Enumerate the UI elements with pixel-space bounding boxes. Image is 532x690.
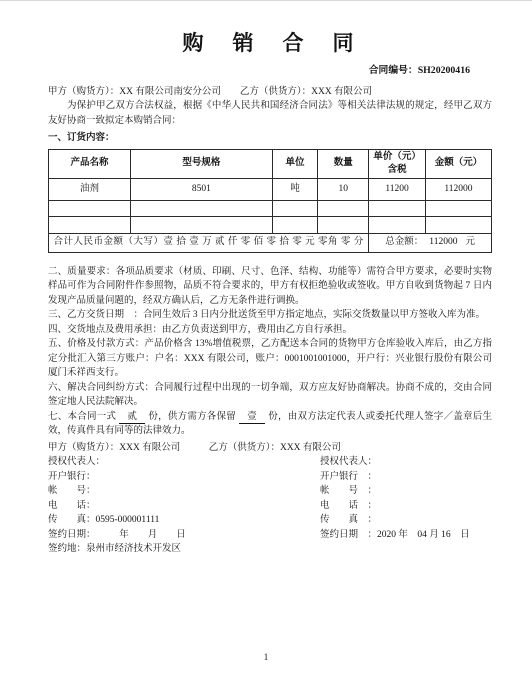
seller-phone-label: 电 话 ： xyxy=(320,501,377,511)
cell-product xyxy=(49,216,131,233)
document-title: 购 销 合 同 xyxy=(48,29,492,57)
order-section-heading: 一、订货内容： xyxy=(48,131,492,146)
cell-qty: 10 xyxy=(318,178,369,200)
signature-parties-line: 甲方（购货方）：XXX 有限公司 乙方（供货方）：XXX 有限公司 xyxy=(48,441,492,456)
cell-amount xyxy=(425,216,491,233)
seller-bank-row: 开户银行 ： xyxy=(320,470,492,485)
seller-signature-column: 授权代表人： 开户银行 ： 帐 号 ： 电 话 ： 传 真 ： 签约日期 ：20… xyxy=(320,455,492,557)
copies-count-blank: 贰 xyxy=(119,412,145,424)
cell-unit-price xyxy=(369,200,426,216)
clause-delivery-date: 三、乙方交货日期 ：合同生效后 3 日内分批送货至甲方指定地点，实际交货数量以甲… xyxy=(48,308,492,323)
table-header-row: 产品名称 型号规格 单位 数量 单价（元） 含税 金额（元） xyxy=(49,149,492,178)
col-header-product: 产品名称 xyxy=(49,149,131,178)
seller-representative-row: 授权代表人： xyxy=(320,455,492,470)
seller-sign-date-label: 签约日期 ： xyxy=(320,530,377,540)
order-items-table: 产品名称 型号规格 单位 数量 单价（元） 含税 金额（元） 油剂 8501 吨… xyxy=(48,149,492,253)
seller-phone-row: 电 话 ： xyxy=(320,499,492,514)
cell-product: 油剂 xyxy=(49,178,131,200)
seller-bank-label: 开户银行 ： xyxy=(320,472,377,482)
cell-unit-price xyxy=(369,216,426,233)
clause-copies-text-1: 七、本合同一式 xyxy=(48,412,116,422)
buyer-bank-row: 开户银行： xyxy=(48,470,320,485)
retain-count-blank: 壹 xyxy=(239,412,265,424)
buyer-phone-label: 电 话： xyxy=(48,501,96,511)
col-header-model: 型号规格 xyxy=(130,149,272,178)
buyer-sign-date-row: 签约日期： 年 月 日 xyxy=(48,528,320,543)
cell-unit xyxy=(272,216,318,233)
total-amount-label: 总金额： xyxy=(385,237,423,247)
seller-sign-date-value: 2020 年 04 月 16 日 xyxy=(377,530,470,540)
clause-copies: 七、本合同一式贰份，供方需方各保留壹份，由双方法定代表人或委托代理人签字／盖章后… xyxy=(48,410,492,439)
contract-number-line: 合同编号：SH20200416 xyxy=(48,64,492,79)
table-total-row: 合计人民币金额（大写）壹 拾 壹 万 贰 仟 零 佰 零 拾 零 元 零角 零 … xyxy=(49,233,492,252)
clause-price-payment: 五、价格及付款方式：产品价格含 13%增值税票，乙方配送本合同的货物甲方仓库验收… xyxy=(48,337,492,381)
cell-unit: 吨 xyxy=(272,178,318,200)
cell-amount xyxy=(425,200,491,216)
total-amount-unit: 元 xyxy=(465,237,475,247)
buyer-fax-row: 传 真：0595-000001111 xyxy=(48,513,320,528)
total-amount-cell: 总金额：112000元 xyxy=(369,233,492,252)
col-header-qty: 数量 xyxy=(318,149,369,178)
seller-account-label: 帐 号 ： xyxy=(320,486,377,496)
cell-qty xyxy=(318,200,369,216)
total-amount-in-words: 合计人民币金额（大写）壹 拾 壹 万 贰 仟 零 佰 零 拾 零 元 零角 零 … xyxy=(49,233,369,252)
buyer-account-label: 帐 号： xyxy=(48,486,96,496)
buyer-representative-label: 授权代表人： xyxy=(48,457,105,467)
seller-fax-row: 传 真 ： xyxy=(320,513,492,528)
sign-place-value: 泉州市经济技术开发区 xyxy=(86,544,181,554)
cell-unit-price: 11200 xyxy=(369,178,426,200)
table-row: 油剂 8501 吨 10 11200 112000 xyxy=(49,178,492,200)
cell-product xyxy=(49,200,131,216)
contract-document-page: 购 销 合 同 合同编号：SH20200416 甲方（购货方）：XX 有限公司南… xyxy=(0,0,532,690)
contract-number-label: 合同编号： xyxy=(369,65,418,76)
page-number: 1 xyxy=(0,650,532,665)
buyer-sign-date-label: 签约日期： xyxy=(48,530,91,540)
seller-sign-date-row: 签约日期 ：2020 年 04 月 16 日 xyxy=(320,528,492,543)
clause-quality: 二、质量要求：各项品质要求（材质、印刷、尺寸、色泽、结构、功能等）需符合甲方要求… xyxy=(48,265,492,309)
seller-fax-label: 传 真 ： xyxy=(320,515,377,525)
col-header-amount: 金额（元） xyxy=(425,149,491,178)
buyer-fax-value: 0595-000001111 xyxy=(96,515,160,525)
cell-unit xyxy=(272,200,318,216)
table-row xyxy=(49,200,492,216)
clause-copies-text-2: 份，供方需方各保留 xyxy=(148,412,236,422)
cell-model: 8501 xyxy=(130,178,272,200)
cell-amount: 112000 xyxy=(425,178,491,200)
document-content: 购 销 合 同 合同编号：SH20200416 甲方（购货方）：XX 有限公司南… xyxy=(48,29,492,557)
signature-block: 授权代表人： 开户银行： 帐 号： 电 话： 传 真：0595-00000111… xyxy=(48,455,492,557)
buyer-phone-row: 电 话： xyxy=(48,499,320,514)
preamble-paragraph: 为保护甲乙双方合法权益，根据《中华人民共和国经济合同法》等相关法律法规的规定，经… xyxy=(48,99,492,128)
buyer-sign-date-value: 年 月 日 xyxy=(91,530,186,540)
col-header-unit-price: 单价（元） 含税 xyxy=(369,149,426,178)
clause-delivery-place: 四、交货地点及费用承担：由乙方负责送到甲方，费用由乙方自行承担。 xyxy=(48,323,492,338)
sign-place-row: 签约地：泉州市经济技术开发区 xyxy=(48,542,320,557)
buyer-account-row: 帐 号： xyxy=(48,484,320,499)
seller-representative-label: 授权代表人： xyxy=(320,457,377,467)
seller-account-row: 帐 号 ： xyxy=(320,484,492,499)
sign-place-label: 签约地： xyxy=(48,544,86,554)
buyer-representative-row: 授权代表人： xyxy=(48,455,320,470)
total-amount-value: 112000 xyxy=(429,237,457,247)
clause-dispute: 六、解决合同纠纷方式：合同履行过程中出现的一切争端，双方应友好协商解决。协商不成… xyxy=(48,381,492,410)
cell-model xyxy=(130,200,272,216)
parties-line: 甲方（购货方）：XX 有限公司南安分公司 乙方（供货方）：XXX 有限公司 xyxy=(48,85,492,100)
col-header-unit: 单位 xyxy=(272,149,318,178)
buyer-bank-label: 开户银行： xyxy=(48,472,96,482)
contract-number-value: SH20200416 xyxy=(418,65,470,76)
buyer-signature-column: 授权代表人： 开户银行： 帐 号： 电 话： 传 真：0595-00000111… xyxy=(48,455,320,557)
contract-clauses: 二、质量要求：各项品质要求（材质、印刷、尺寸、色泽、结构、功能等）需符合甲方要求… xyxy=(48,265,492,439)
cell-model xyxy=(130,216,272,233)
table-row xyxy=(49,216,492,233)
cell-qty xyxy=(318,216,369,233)
buyer-fax-label: 传 真： xyxy=(48,515,96,525)
